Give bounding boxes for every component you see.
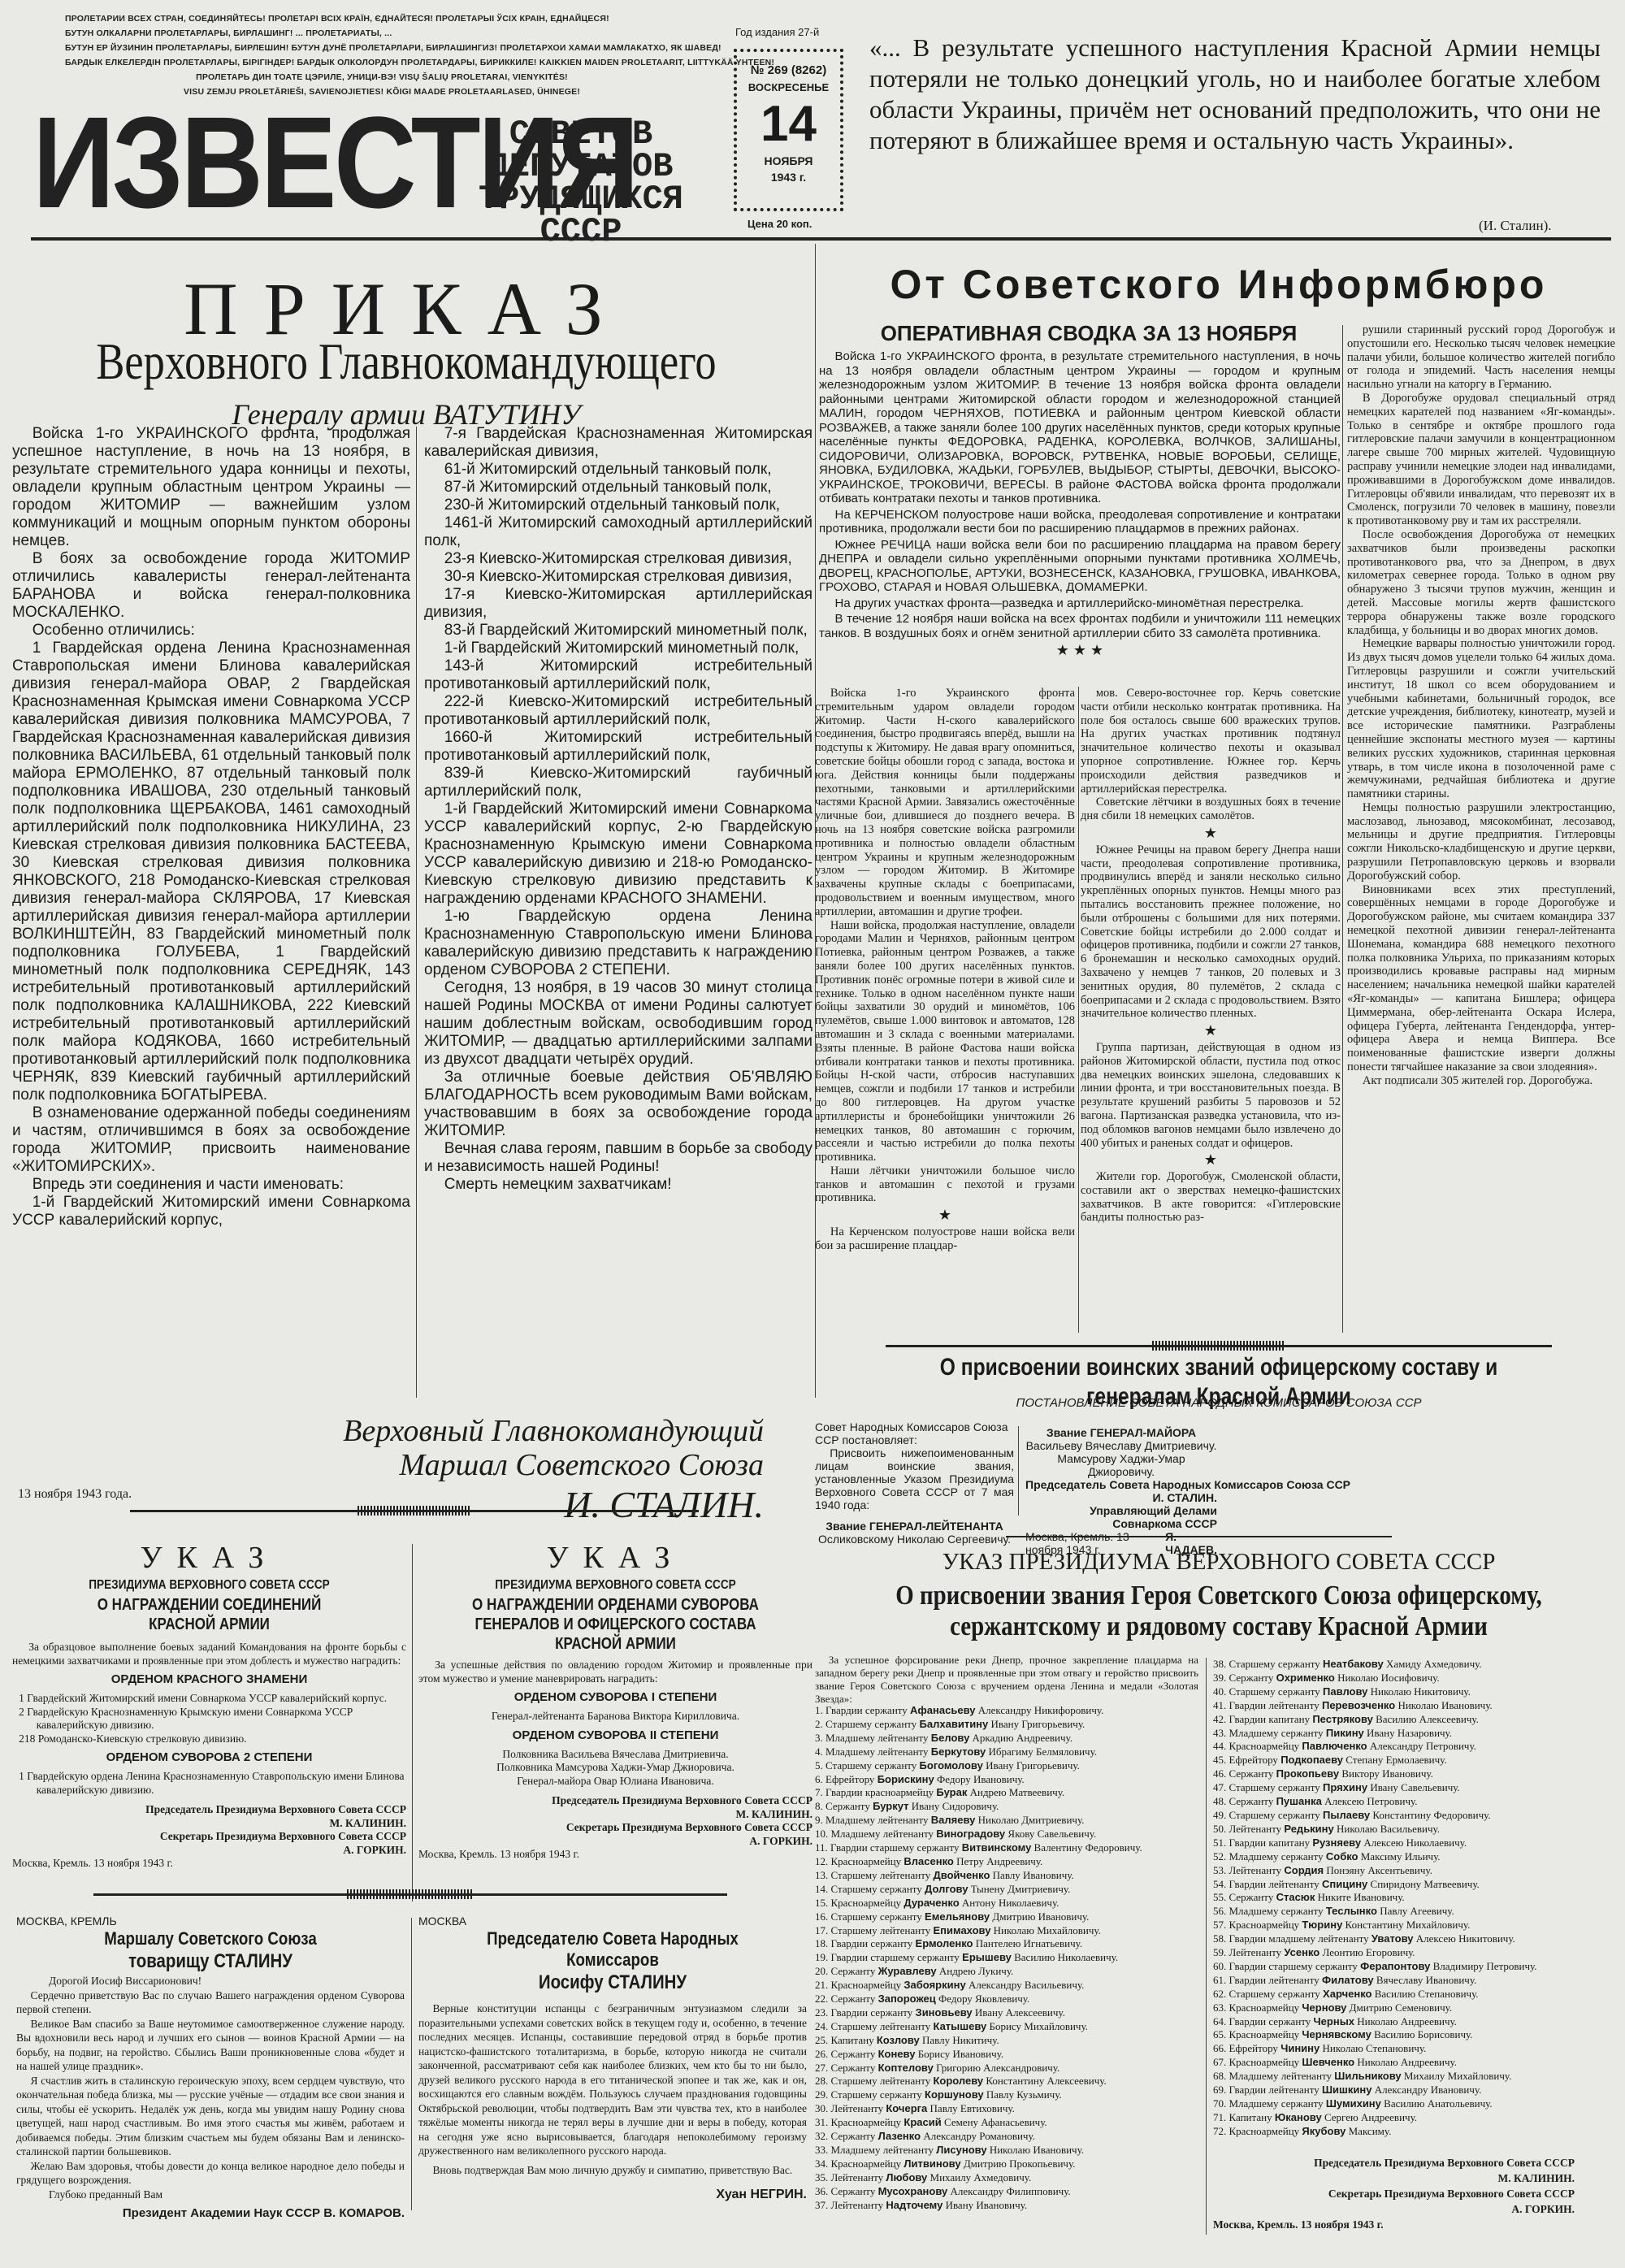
hero-list-item: 65. Красноармейцу Чернявскому Василию Бо… [1213,2028,1615,2042]
hero-n: 14. [815,1883,828,1895]
hero-name: Владимиру Петровичу. [1433,1960,1537,1972]
hero-name: Дмитрию Прокопьевичу. [964,2157,1076,2170]
hero-list-item: 61. Гвардии лейтенанту Филатову Вячеслав… [1213,1974,1615,1988]
column-divider [411,1918,412,2210]
divider [1006,1536,1392,1537]
hero-rank: Старшему сержанту [825,1759,916,1771]
paragraph: Желаю Вам здоровья, чтобы довести до кон… [16,2159,405,2188]
hero-name: Александру Никифоровичу. [978,1704,1104,1716]
hero-surname: Богомолову [920,1759,983,1771]
unit-item: 61-й Житомирский отдельный танковый полк… [424,461,812,479]
hero-rank: Лейтенанту [1229,1946,1282,1958]
hero-list-item: 12. Красноармейцу Власенко Петру Андреев… [815,1855,1201,1869]
paragraph: Войска 1-го УКРАИНСКОГО фронта, продолжа… [12,425,410,550]
paragraph: Наши лётчики уничтожили большое число та… [815,1164,1075,1205]
place-date: Москва, Кремль. 13 ноября 1943 г. [1213,2217,1575,2232]
hero-rank: Красноармейцу [1229,2001,1300,2014]
hero-n: 16. [815,1910,828,1923]
hero-rank: Старшему сержанту [831,1910,922,1923]
letter-komarov: МОСКВА, КРЕМЛЬ Маршалу Советского Союза … [16,1914,405,2222]
hero-name: Максиму. [1349,2125,1392,2137]
hero-rank: Старшему сержанту [1229,1988,1320,2000]
hero-rank: Старшему лейтенанту [831,2020,931,2032]
newspaper-subtitle: СОВЕТОВ ДЕПУТАТОВ ТРУДЯЩИХСЯ СССР [451,118,711,248]
hero-n: 64. [1213,2015,1226,2027]
issue-number: № 269 (8262) [737,62,840,80]
hero-name: Дмитрию Ивановичу. [992,1910,1089,1923]
hero-list-item: 51. Гвардии капитану Рузняеву Алексею Ни… [1213,1837,1615,1850]
star-separator: ★ [1081,1153,1341,1167]
quote-author: (И. Сталин). [1479,218,1551,234]
signature: Хуан НЕГРИН. [418,2185,807,2205]
masthead: ПРОЛЕТАРИИ ВСЕХ СТРАН, СОЕДИНЯЙТЕСЬ! ПРО… [0,0,1625,236]
unit-item: 839-й Киевско-Житомирский гаубичный арти… [424,765,812,800]
hero-name: Павлу Кузьмичу. [986,2088,1062,2101]
paragraph: В ознаменование одержанной победы соедин… [12,1104,410,1176]
hero-surname: Собко [1326,1850,1358,1863]
hero-list-item: 21. Красноармейцу Забояркину Александру … [815,1979,1201,1993]
hero-surname: Коршунову [925,2088,984,2101]
hero-list-item: 17. Старшему лейтенанту Епимахову Никола… [815,1924,1201,1938]
hero-n: 17. [815,1924,828,1936]
hero-n: 33. [815,2144,828,2156]
paragraph: Я счастлив жить в сталинскую героическую… [16,2074,405,2159]
subtitle-line: СОВЕТОВ [451,118,711,150]
hero-surname: Рузняеву [1312,1837,1361,1849]
hero-n: 52. [1213,1850,1226,1863]
hero-surname: Шевченко [1302,2056,1354,2068]
hero-rank: Старшему лейтенанту [831,1869,931,1881]
hero-surname: Пестрякову [1312,1713,1373,1725]
hero-rank: Старшему сержанту [825,1718,916,1730]
hero-rank: Гвардии лейтенанту [1229,1699,1319,1711]
hero-n: 71. [1213,2111,1226,2123]
ukaz-line: ГЕНЕРАЛОВ И ОФИЦЕРСКОГО СОСТАВА [448,1615,782,1634]
paragraph: 1 Гвардейская ордена Ленина Краснознамен… [12,640,410,1104]
hero-name: Валентину Федоровичу. [1034,1841,1142,1854]
closing: Глубоко преданный Вам [16,2188,405,2202]
hero-list-item: 37. Лейтенанту Надточему Ивану Ивановичу… [815,2199,1201,2213]
hero-name: Ивану Григорьевичу. [986,1759,1080,1771]
hero-n: 70. [1213,2097,1226,2110]
hero-rank: Красноармейцу [831,1979,902,1991]
hero-list-item: 39. Сержанту Охрименко Николаю Иосифович… [1213,1672,1615,1685]
paragraph: мов. Северо-восточнее гор. Керчь советск… [1081,687,1341,796]
signature: Президент Академии Наук СССР В. КОМАРОВ. [16,2205,405,2222]
star-separator: ★ [1081,1024,1341,1038]
hero-list-item: 1. Гвардии сержанту Афанасьеву Александр… [815,1704,1201,1718]
prikaz-subtitle: Верховного Главнокомандующего [73,333,739,390]
rank-name: Осликовскому Николаю Сергеевичу. [815,1533,1014,1546]
hero-list-item: 50. Лейтенанту Редькину Николаю Васильев… [1213,1823,1615,1837]
hero-name: Семену Афанасьевичу. [944,2116,1047,2128]
hero-n: 60. [1213,1960,1226,1972]
hero-list-item: 11. Гвардии старшему сержанту Витвинском… [815,1841,1201,1855]
hero-name: Пантелею Игнатьевичу. [976,1937,1082,1949]
signature-name: М. КАЛИНИН. [12,1817,406,1831]
hero-rank: Гвардии лейтенанту [1229,1878,1319,1890]
hero-list-item: 13. Старшему лейтенанту Двойченко Павлу … [815,1869,1201,1883]
price: Цена 20 коп. [747,218,812,230]
hero-list-item: 31. Красноармейцу Красий Семену Афанасье… [815,2116,1201,2130]
hero-name: Василию Алексеевичу. [1376,1713,1479,1725]
hero-name: Николаю Дмитриевичу. [978,1814,1085,1826]
hero-name: Аркадию Андреевичу. [973,1732,1072,1744]
hero-rank: Красноармейцу [831,2157,902,2170]
hero-rank: Лейтенанту [831,2171,884,2183]
star-separator: ★ [1081,826,1341,840]
hero-name: Михаилу Михайловичу. [1404,2070,1511,2082]
hero-rank: Ефрейтору [1229,1754,1278,1766]
paragraph: За отличные боевые действия ОБ'ЯВЛЯЮ БЛА… [424,1069,812,1140]
hero-list-item: 14. Старшему сержанту Долгову Тынену Дми… [815,1883,1201,1897]
hero-list-item: 32. Сержанту Лазенко Александру Романови… [815,2130,1201,2144]
hero-n: 38. [1213,1658,1226,1670]
hero-rank: Старшему сержанту [1229,1658,1320,1670]
unit-item: 83-й Гвардейский Житомирский минометный … [424,622,812,640]
hero-list-item: 9. Младшему лейтенанту Валяеву Николаю Д… [815,1814,1201,1828]
hero-name: Николаю Степановичу. [1323,2042,1427,2054]
hero-surname: Усенко [1284,1946,1319,1958]
paragraph: Южнее РЕЧИЦА наши войска вели бои по рас… [819,538,1341,595]
hero-list-item: 46. Сержанту Прокопьеву Виктору Иванович… [1213,1767,1615,1781]
hero-n: 21. [815,1979,828,1991]
greeting: Дорогой Иосиф Виссарионович! [16,1974,405,1988]
hero-n: 61. [1213,1974,1226,1986]
paragraph: 1-й Гвардейский Житомирский имени Совнар… [12,1194,410,1229]
hero-rank: Лейтенанту [831,2199,884,2211]
informburo-column-2: мов. Северо-восточнее гор. Керчь советск… [1081,687,1341,1225]
unit-item: 17-я Киевско-Житомирская артиллерийская … [424,586,812,622]
hero-surname: Витвинскому [962,1841,1032,1854]
month: НОЯБРЯ [737,153,840,169]
hero-surname: Любову [886,2171,927,2183]
hero-name: Василию Николаевичу. [1014,1951,1118,1963]
hero-rank: Красноармейцу [831,1855,902,1867]
signature-name: А. ГОРКИН. [1213,2201,1575,2217]
hero-surname: Павлюченко [1302,1740,1367,1752]
hero-list-item: 27. Сержанту Коптелову Григорию Александ… [815,2062,1201,2075]
hero-n: 9. [815,1814,823,1826]
hero-surname: Филатову [1322,1974,1374,1986]
paragraph: На КЕРЧЕНСКОМ полуострове наши войска, п… [819,508,1341,536]
award-item: 1 Гвардейский Житомирский имени Совнарко… [12,1692,406,1706]
hero-n: 63. [1213,2001,1226,2014]
stalin-quote: «... В результате успешного наступления … [869,33,1601,156]
hero-name: Дмитрию Семеновичу. [1350,2001,1452,2014]
hero-n: 36. [815,2185,828,2197]
hero-decree-signatures: Председатель Президиума Верховного Совет… [1213,2155,1575,2232]
column-divider [412,1544,413,1902]
hero-n: 58. [1213,1932,1226,1945]
hero-n: 27. [815,2062,828,2074]
hero-rank: Красноармейцу [1229,1740,1300,1752]
hero-list-item: 30. Лейтенанту Кочерга Павлу Евтиховичу. [815,2102,1201,2116]
informburo-title: От Советского Информбюро [829,260,1609,309]
ukaz-line: КРАСНОЙ АРМИИ [448,1634,782,1654]
hero-list-item: 36. Сержанту Мусохранову Александру Фили… [815,2185,1201,2199]
hero-list-item: 58. Гвардии младшему лейтенанту Уватову … [1213,1932,1615,1946]
hero-n: 10. [815,1828,828,1840]
hero-rank: Гвардии сержанту [825,1704,908,1716]
hero-n: 4. [815,1745,823,1758]
year: 1943 г. [737,169,840,185]
hero-rank: Гвардии красноармейцу [825,1786,934,1798]
hero-name: Спиридону Матвеевичу. [1371,1878,1480,1890]
hero-name: Андрею Лукичу. [939,1965,1013,1977]
hero-list-item: 55. Сержанту Стасюк Никите Ивановичу. [1213,1891,1615,1905]
hero-list-item: 29. Старшему сержанту Коршунову Павлу Ку… [815,2088,1201,2102]
ranks-column-1: Совет Народных Комиссаров Союза ССР пост… [815,1420,1014,1546]
signature-title: Председатель Президиума Верховного Совет… [1213,2155,1575,2170]
hero-surname: Буркут [873,1800,908,1812]
hero-name: Сергею Андреевичу. [1324,2111,1417,2123]
hero-n: 54. [1213,1878,1226,1890]
hero-surname: Балхавитину [920,1718,989,1730]
paragraph: Особенно отличились: [12,622,410,640]
hero-list-item: 40. Старшему сержанту Павлову Николаю Ни… [1213,1685,1615,1699]
paragraph: На других участках фронта—разведка и арт… [819,596,1341,611]
hero-list-item: 20. Сержанту Журавлеву Андрею Лукичу. [815,1965,1201,1979]
hero-n: 29. [815,2088,828,2101]
order-heading: ОРДЕНОМ СУВОРОВА 2 СТЕПЕНИ [12,1749,406,1767]
hero-surname: Чернявскому [1302,2028,1371,2040]
hero-surname: Коптелову [878,2062,934,2074]
letter-negrin: МОСКВА Председателю Совета Народных Коми… [418,1914,807,2205]
hero-surname: Власенко [903,1855,953,1867]
hero-surname: Запорожец [878,1993,936,2005]
hero-list-item: 34. Красноармейцу Литвинову Дмитрию Прок… [815,2157,1201,2171]
unit-item: 143-й Житомирский истребительный противо… [424,657,812,693]
hero-n: 32. [815,2130,828,2142]
subtitle-line: СССР [451,215,711,248]
hero-rank: Лейтенанту [1229,1864,1282,1876]
hero-surname: Прокопьеву [1276,1767,1339,1780]
hero-name: Ивану Ивановичу. [946,2199,1028,2211]
hero-surname: Литвинову [903,2157,960,2170]
hero-list-item: 33. Младшему лейтенанту Лисунову Николаю… [815,2144,1201,2157]
slogan-line: ПРОЛЕТАРИИ ВСЕХ СТРАН, СОЕДИНЯЙТЕСЬ! ПРО… [65,11,699,26]
ukaz-awards-suvorov: УКАЗ ПРЕЗИДИУМА ВЕРХОВНОГО СОВЕТА СССР О… [418,1540,812,1862]
hero-n: 68. [1213,2070,1226,2082]
hero-name: Федору Яковлевичу. [938,1993,1029,2005]
hero-rank: Сержанту [831,2062,876,2074]
hero-name: Борису Ивановичу. [918,2048,1003,2060]
hero-surname: Катышеву [933,2020,986,2032]
award-item: Генерал-лейтенанта Баранова Виктора Кири… [418,1710,812,1724]
hero-list-item: 10. Младшему лейтенанту Виноградову Яков… [815,1828,1201,1841]
hero-name: Борису Михайловичу. [990,2020,1088,2032]
hero-rank: Гвардии старшему сержанту [830,1841,959,1854]
hero-surname: Виноградову [936,1828,1005,1840]
hero-rank: Старшему сержанту [1229,1781,1320,1793]
hero-surname: Пряхину [1323,1781,1367,1793]
signature-title: Верховный Главнокомандующий [179,1414,764,1448]
hero-surname: Лисунову [936,2144,986,2156]
hero-name: Ивану Назаровичу. [1367,1727,1452,1739]
hero-name: Николаю Андреевичу. [1357,2056,1457,2068]
date-box: № 269 (8262) ВОСКРЕСЕНЬЕ 14 НОЯБРЯ 1943 … [734,49,843,211]
hero-n: 44. [1213,1740,1226,1752]
hero-n: 41. [1213,1699,1226,1711]
signature-title: Секретарь Президиума Верховного Совета С… [12,1830,406,1844]
hero-n: 57. [1213,1919,1226,1931]
hero-list-item: 52. Младшему сержанту Собко Максиму Ильи… [1213,1850,1615,1864]
ukaz-awards-units: УКАЗ ПРЕЗИДИУМА ВЕРХОВНОГО СОВЕТА СССР О… [12,1540,406,1871]
hero-n: 69. [1213,2084,1226,2096]
hero-rank: Старшему сержанту [1229,1685,1320,1698]
hero-rank: Гвардии сержанту [831,1937,913,1949]
hero-list-item: 41. Гвардии лейтенанту Перевозченко Нико… [1213,1699,1615,1713]
rank-name: Васильеву Вячеславу Дмитриевичу. [1025,1439,1217,1452]
hero-rank: Лейтенанту [831,2102,884,2114]
hero-n: 5. [815,1759,823,1771]
ukaz-intro: За образцовое выполнение боевых заданий … [12,1641,406,1667]
hero-surname: Епимахову [933,1924,990,1936]
lead: Совет Народных Комиссаров Союза ССР пост… [815,1420,1014,1446]
hero-surname: Якубову [1302,2125,1345,2137]
hero-rank: Младшему лейтенанту [831,2144,934,2156]
hero-rank: Младшему сержанту [1229,1850,1324,1863]
hero-list-column-1: 1. Гвардии сержанту Афанасьеву Александр… [815,1704,1201,2213]
hero-surname: Надточему [886,2199,942,2211]
hero-surname: Красий [903,2116,941,2128]
hero-surname: Долгову [925,1883,968,1895]
hero-name: Алексею Никитовичу. [1416,1932,1515,1945]
hero-name: Николаю Андреевичу. [1357,2015,1457,2027]
hero-n: 35. [815,2171,828,2183]
ukaz-intro: За успешные действия по овладению городо… [418,1659,812,1685]
hero-surname: Афанасьеву [910,1704,975,1716]
prikaz-date: 13 ноября 1943 года. [18,1487,132,1502]
hero-list-item: 8. Сержанту Буркут Ивану Сидоровичу. [815,1800,1201,1814]
hero-surname: Беркутову [931,1745,986,1758]
unit-item: 7-я Гвардейская Краснознаменная Житомирс… [424,425,812,461]
hero-name: Николаю Иосифовичу. [1337,1672,1440,1684]
award-item: Генерал-майора Овар Юлиана Ивановича. [418,1775,812,1789]
hero-n: 28. [815,2075,828,2087]
paragraph: Сердечно приветствую Вас по случаю Вашег… [16,1988,405,2017]
hero-rank: Гвардии старшему сержанту [1229,1960,1358,1972]
paragraph: Группа партизан, действующая в одном из … [1081,1041,1341,1150]
hero-n: 20. [815,1965,828,1977]
hero-rank: Капитану [1229,2111,1272,2123]
hero-n: 25. [815,2034,828,2046]
hero-surname: Тюрину [1302,1919,1342,1931]
hero-surname: Пылаеву [1323,1809,1370,1821]
signature-name: М. КАЛИНИН. [1213,2170,1575,2186]
paragraph: На Керченском полуострове наши войска ве… [815,1225,1075,1253]
paragraph: В Дорогобуже орудовал специальный отряд … [1347,392,1615,528]
hero-surname: Павлову [1323,1685,1367,1698]
paragraph: Присвоить нижепоименованным лицам воинск… [815,1446,1014,1511]
hero-n: 13. [815,1869,828,1881]
unit-item: 230-й Житомирский отдельный танковый пол… [424,497,812,514]
hero-n: 48. [1213,1795,1226,1807]
hero-name: Леонтию Егоровичу. [1322,1946,1415,1958]
hero-rank: Сержанту [831,1993,876,2005]
hero-name: Николаю Никитовичу. [1371,1685,1471,1698]
hero-list-item: 43. Младшему сержанту Пикину Ивану Назар… [1213,1727,1615,1741]
hero-list-item: 38. Старшему сержанту Неатбакову Хамиду … [1213,1658,1615,1672]
paragraph: 1-й Гвардейский Житомирский имени Совнар… [424,800,812,908]
hero-rank: Сержанту [831,2048,876,2060]
hero-surname: Уватову [1371,1932,1414,1945]
hero-surname: Мусохранову [878,2185,948,2197]
letter-addressee: Председателю Совета Народных Комиссаров [448,1928,778,1971]
hero-surname: Ерышеву [962,1951,1012,1963]
hero-surname: Журавлеву [878,1965,937,1977]
rank-heading: Звание ГЕНЕРАЛ-МАЙОРА [1025,1426,1217,1439]
hero-n: 24. [815,2020,828,2032]
unit-item: 1660-й Житомирский истребительный против… [424,729,812,765]
hero-rank: Гвардии капитану [1229,1713,1311,1725]
hero-name: Константину Алексеевичу. [986,2075,1106,2087]
hero-rank: Красноармейцу [1229,2056,1300,2068]
column-divider [1342,325,1343,1333]
hero-name: Александру Романовичу. [923,2130,1035,2142]
paragraph: Южнее Речицы на правом берегу Днепра наш… [1081,843,1341,1021]
hero-surname: Теслынко [1326,1905,1377,1917]
hero-name: Андрею Матвеевичу. [970,1786,1065,1798]
paragraph: Вновь подтверждая Вам мою личную дружбу … [418,2163,807,2178]
paragraph: Войска 1-го УКРАИНСКОГО фронта, в резуль… [819,349,1341,506]
hero-surname: Черных [1314,2015,1355,2027]
hero-list-item: 28. Старшему лейтенанту Королеву Констан… [815,2075,1201,2088]
column-divider [1078,687,1079,1333]
informburo-column-1: Войска 1-го Украинского фронта стремител… [815,687,1075,1253]
hero-list-item: 19. Гвардии старшему сержанту Ерышеву Ва… [815,1951,1201,1965]
award-item: Полковника Васильева Вячеслава Дмитриеви… [418,1748,812,1762]
hero-n: 56. [1213,1905,1226,1917]
hero-surname: Редькину [1284,1823,1333,1835]
hero-rank: Сержанту [1229,1795,1274,1807]
hero-name: Степану Ермолаевичу. [1345,1754,1446,1766]
hero-n: 49. [1213,1809,1226,1821]
hero-rank: Старшему сержанту [1229,1809,1320,1821]
hero-surname: Ермоленко [916,1937,973,1949]
paragraph: В боях за освобождение города ЖИТОМИР от… [12,550,410,622]
hero-n: 22. [815,1993,828,2005]
hero-list-item: 6. Ефрейтору Борискину Федору Ивановичу. [815,1773,1201,1787]
hero-list-item: 22. Сержанту Запорожец Федору Яковлевичу… [815,1993,1201,2006]
hero-rank: Младшему лейтенанту [825,1814,929,1826]
hero-n: 7. [815,1786,823,1798]
ornamental-divider [93,1893,727,1896]
hero-surname: Белову [931,1732,970,1744]
paragraph: 1-ю Гвардейскую ордена Ленина Краснознам… [424,908,812,979]
hero-name: Виктору Ивановичу. [1341,1767,1433,1780]
hero-list-item: 18. Гвардии сержанту Ермоленко Пантелею … [815,1937,1201,1951]
hero-list-item: 53. Лейтенанту Сордия Понэяну Аксентьеви… [1213,1864,1615,1878]
signature-name: А. ГОРКИН. [418,1835,812,1849]
signature-title: Председатель Президиума Верховного Совет… [418,1794,812,1808]
hero-name: Понэяну Аксентьевичу. [1326,1864,1432,1876]
hero-surname: Зиновьеву [916,2006,973,2019]
hero-n: 18. [815,1937,828,1949]
hero-rank: Гвардии капитану [1229,1837,1311,1849]
ukaz-line: КРАСНОЙ АРМИИ [41,1615,376,1634]
hero-name: Василию Степановичу. [1375,1988,1479,2000]
hero-list-item: 2. Старшему сержанту Балхавитину Ивану Г… [815,1718,1201,1732]
hero-n: 19. [815,1951,828,1963]
letter-addressee: товарищу СТАЛИНУ [45,1949,375,1974]
rank-name: Мамсурову Хаджи-Умар Джиоровичу. [1025,1452,1217,1478]
hero-name: Николаю Михайловичу. [994,1924,1101,1936]
hero-surname: Королеву [933,2075,983,2087]
signature-title: Управляющий Делами Совнаркома СССР [1025,1504,1217,1530]
hero-surname: Дураченко [903,1897,959,1909]
